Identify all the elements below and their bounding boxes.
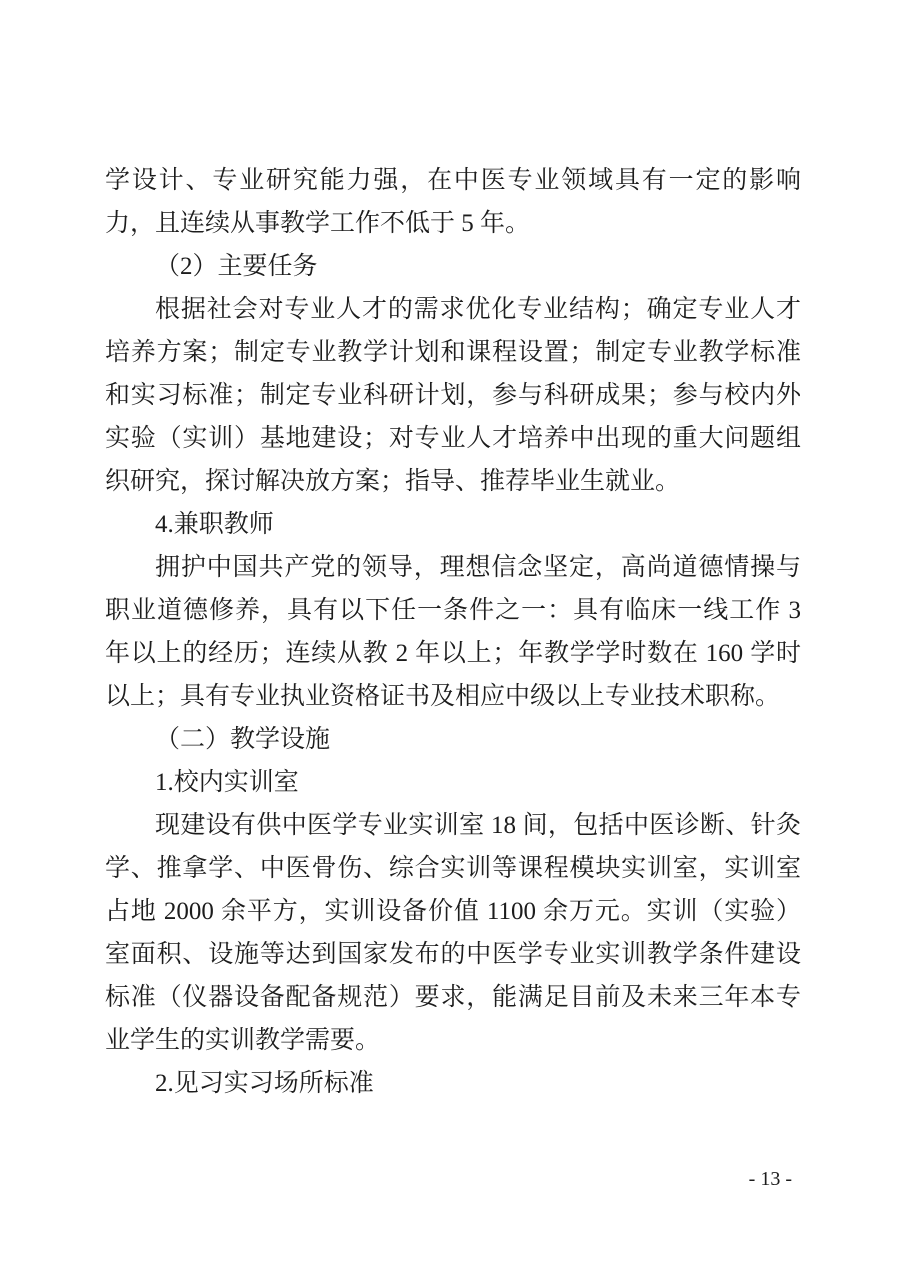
heading-internship-site-standard: 2.见习实习场所标准 (105, 1062, 801, 1105)
heading-on-campus-training-rooms: 1.校内实训室 (105, 761, 801, 804)
paragraph-continuation: 学设计、专业研究能力强，在中医专业领域具有一定的影响力，且连续从事教学工作不低于… (105, 159, 801, 245)
heading-main-tasks: （2）主要任务 (105, 245, 801, 288)
document-page: 学设计、专业研究能力强，在中医专业领域具有一定的影响力，且连续从事教学工作不低于… (0, 0, 904, 1280)
paragraph-part-time-teachers-body: 拥护中国共产党的领导，理想信念坚定，高尚道德情操与职业道德修养，具有以下任一条件… (105, 546, 801, 718)
heading-part-time-teachers: 4.兼职教师 (105, 503, 801, 546)
heading-teaching-facilities: （二）教学设施 (105, 718, 801, 761)
document-body: 学设计、专业研究能力强，在中医专业领域具有一定的影响力，且连续从事教学工作不低于… (105, 159, 801, 1105)
paragraph-training-rooms-body: 现建设有供中医学专业实训室 18 间，包括中医诊断、针灸学、推拿学、中医骨伤、综… (105, 804, 801, 1062)
paragraph-main-tasks-body: 根据社会对专业人才的需求优化专业结构；确定专业人才培养方案；制定专业教学计划和课… (105, 288, 801, 503)
page-number: - 13 - (0, 1166, 792, 1192)
